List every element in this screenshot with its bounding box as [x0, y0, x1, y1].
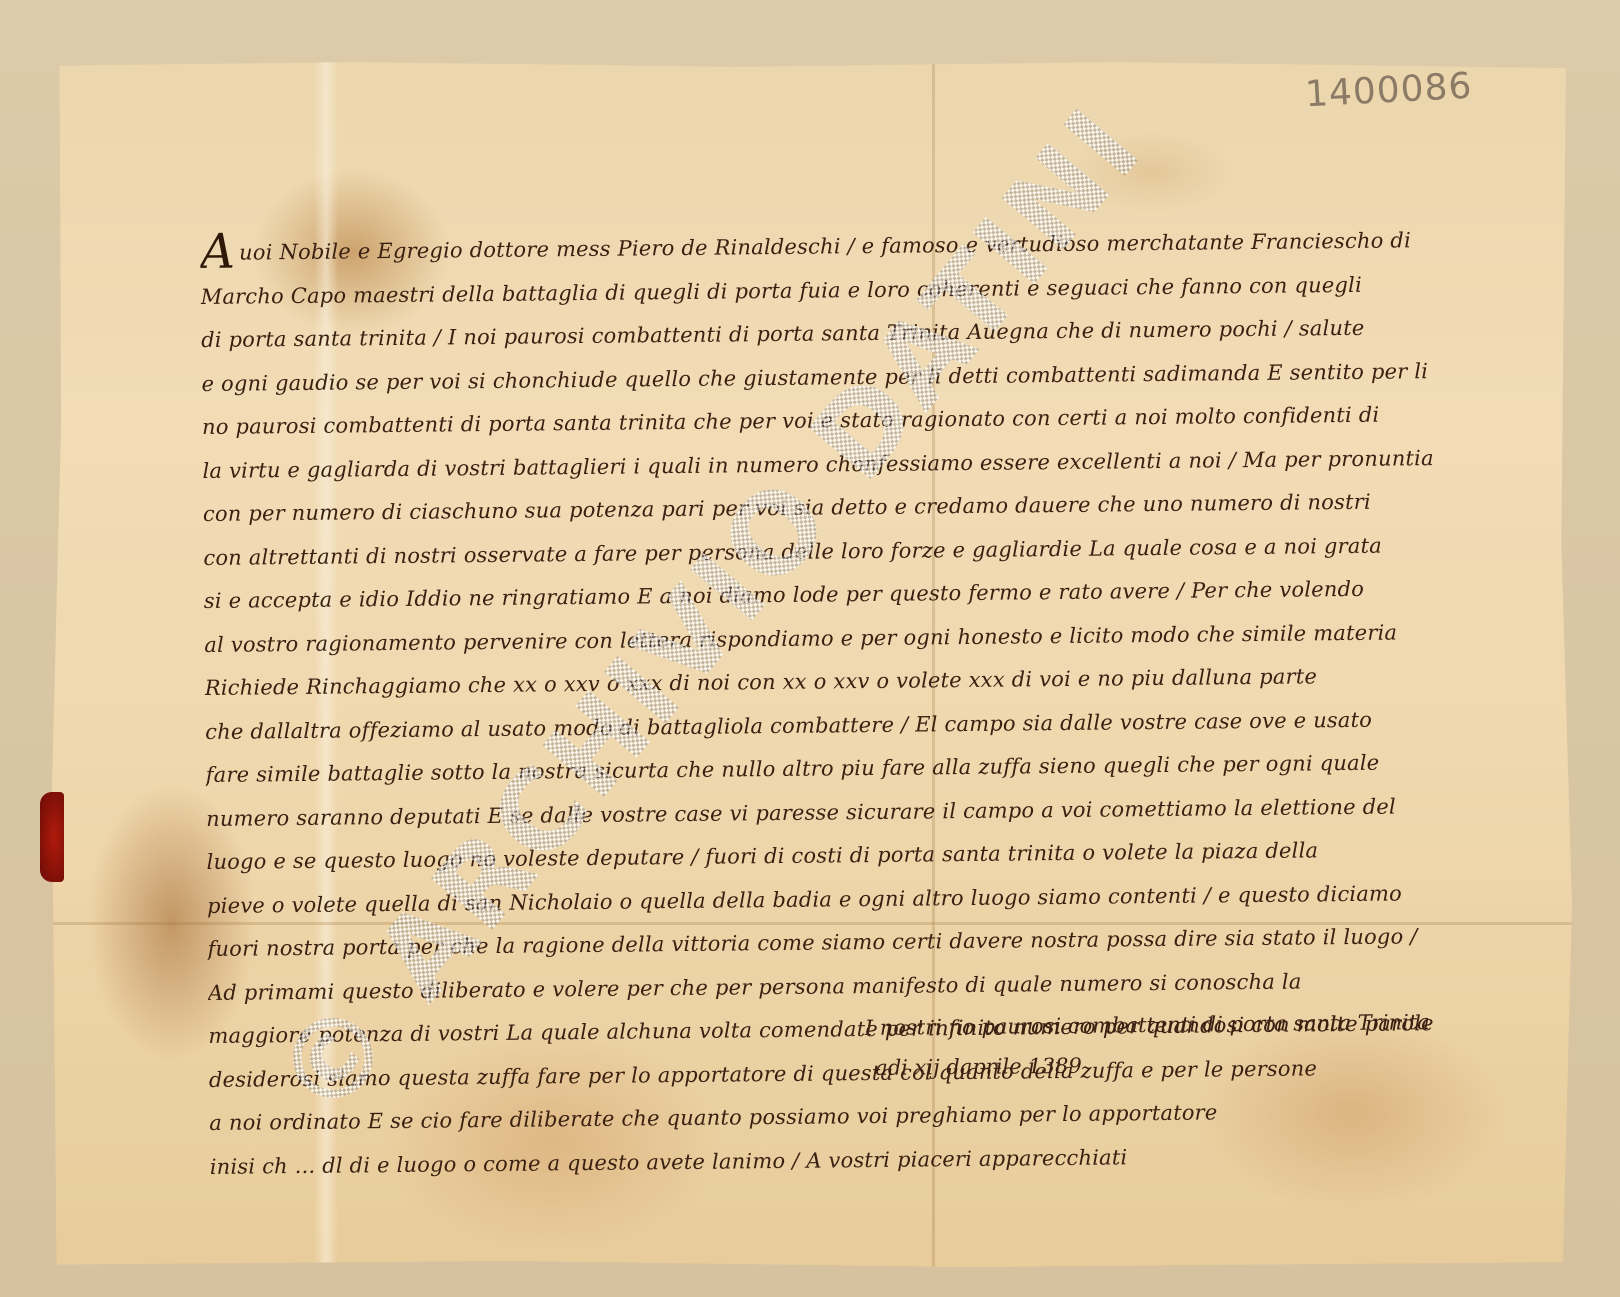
- signature-line: I nostri no paurosi combattenti di porta…: [865, 1002, 1430, 1048]
- letter-line-text: uoi Nobile e Egregio dottore mess Piero …: [239, 228, 1411, 264]
- signature-block: I nostri no paurosi combattenti di porta…: [865, 1002, 1431, 1088]
- wax-seal-remnant: [40, 792, 64, 882]
- date-line: adi xij daprile 1389: [865, 1042, 1430, 1088]
- drop-cap: A: [200, 224, 235, 276]
- archive-number: 1400086: [1304, 66, 1473, 116]
